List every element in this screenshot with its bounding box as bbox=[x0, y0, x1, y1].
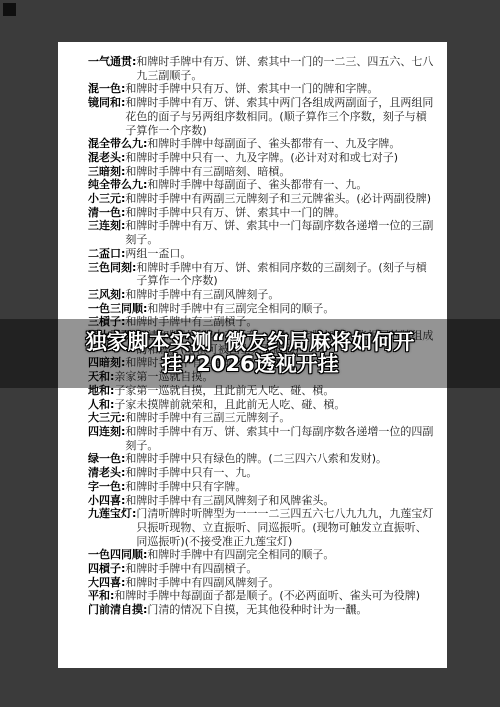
yaku-label: 一色三同顺: bbox=[88, 302, 147, 316]
yaku-entry: 大四喜:和牌时手牌中有四副风牌刻子。 bbox=[88, 576, 437, 590]
yaku-desc: 门清听牌时听牌型为一一一二三四五六七八九九九，九莲宝灯只振听现物、立直振听、同巡… bbox=[136, 507, 437, 548]
yaku-label: 大四喜: bbox=[88, 576, 125, 590]
watermark-line-2: 挂”2026透视开挂 bbox=[161, 354, 338, 376]
yaku-entry: 平和:和牌时手牌中每副面子都是顺子。(不必两面听、雀头可为役牌) bbox=[88, 589, 437, 603]
yaku-label: 清一色: bbox=[88, 206, 125, 220]
yaku-label: 平和: bbox=[88, 589, 114, 603]
yaku-label: 一色四同顺: bbox=[88, 548, 147, 562]
yaku-label: 大三元: bbox=[88, 411, 125, 425]
yaku-desc: 和牌时手牌中只有字牌。 bbox=[125, 480, 437, 494]
yaku-desc: 和牌时手牌中只有一、九及字牌。(必计对对和或七对子) bbox=[125, 151, 437, 165]
yaku-label: 一气通贯: bbox=[88, 55, 136, 82]
yaku-desc: 两组一盃口。 bbox=[125, 247, 437, 261]
yaku-desc: 和牌时手牌中只有万、饼、索其中一门的牌。 bbox=[125, 206, 437, 220]
yaku-entry: 九莲宝灯:门清听牌时听牌型为一一一二三四五六七八九九九，九莲宝灯只振听现物、立直… bbox=[88, 507, 437, 548]
yaku-label: 混老头: bbox=[88, 151, 125, 165]
yaku-entry: 三色同刻:和牌时手牌中有万、饼、索相同序数的三副刻子。(刻子与槓子算作一个序数) bbox=[88, 261, 437, 288]
yaku-label: 九莲宝灯: bbox=[88, 507, 136, 548]
yaku-label: 三色同刻: bbox=[88, 261, 136, 288]
yaku-entry: 人和:子家未摸牌前就荣和，且此前无人吃、碰、槓。 bbox=[88, 398, 437, 412]
yaku-desc: 和牌时手牌中有三副三元牌刻子。 bbox=[125, 411, 437, 425]
yaku-label: 四连刻: bbox=[88, 425, 125, 452]
yaku-desc: 和牌时手牌中只有绿色的牌。(二三四六八索和发财)。 bbox=[125, 452, 437, 466]
yaku-desc: 和牌时手牌中有三副风牌刻子。 bbox=[125, 288, 437, 302]
yaku-entry: 混全带么九:和牌时手牌中每副面子、雀头都带有一、九及字牌。 bbox=[88, 137, 437, 151]
yaku-entry: 混老头:和牌时手牌中只有一、九及字牌。(必计对对和或七对子) bbox=[88, 151, 437, 165]
corner-mark bbox=[3, 3, 16, 16]
yaku-entry: 一气通贯:和牌时手牌中有万、饼、索其中一门的一二三、四五六、七八九三副顺子。 bbox=[88, 55, 437, 82]
yaku-label: 混全带么九: bbox=[88, 137, 147, 151]
yaku-label: 绿一色: bbox=[88, 452, 125, 466]
yaku-label: 三风刻: bbox=[88, 288, 125, 302]
yaku-desc: 和牌时手牌中每副面子都是顺子。(不必两面听、雀头可为役牌) bbox=[114, 589, 437, 603]
yaku-desc: 门清的情况下自摸，无其他役种时计为一飜。 bbox=[147, 603, 437, 617]
yaku-label: 镜同和: bbox=[88, 96, 125, 137]
yaku-label: 小三元: bbox=[88, 192, 125, 206]
yaku-entry: 三连刻:和牌时手牌中有万、饼、索其中一门每副序数各递增一位的三副刻子。 bbox=[88, 219, 437, 246]
yaku-entry: 三暗刻:和牌时手牌中有三副暗刻、暗槓。 bbox=[88, 165, 437, 179]
yaku-entry: 大三元:和牌时手牌中有三副三元牌刻子。 bbox=[88, 411, 437, 425]
yaku-label: 二盃口: bbox=[88, 247, 125, 261]
yaku-label: 四槓子: bbox=[88, 562, 125, 576]
watermark-overlay: 独家脚本实测“微友约局麻将如何开 挂”2026透视开挂 bbox=[0, 319, 500, 388]
yaku-desc: 和牌时手牌中有三副风牌刻子和风牌雀头。 bbox=[125, 494, 437, 508]
yaku-entry: 混一色:和牌时手牌中只有万、饼、索其中一门的牌和字牌。 bbox=[88, 82, 437, 96]
yaku-label: 人和: bbox=[88, 398, 114, 412]
yaku-entry: 四槓子:和牌时手牌中有四副槓子。 bbox=[88, 562, 437, 576]
yaku-entry: 清一色:和牌时手牌中只有万、饼、索其中一门的牌。 bbox=[88, 206, 437, 220]
yaku-desc: 和牌时手牌中有四副风牌刻子。 bbox=[125, 576, 437, 590]
yaku-entry: 镜同和:和牌时手牌中有万、饼、索其中两门各组成两副面子，且两组同花色的面子与另两… bbox=[88, 96, 437, 137]
yaku-label: 三暗刻: bbox=[88, 165, 125, 179]
yaku-label: 门前清自摸: bbox=[88, 603, 147, 617]
yaku-desc: 和牌时手牌中有三副暗刻、暗槓。 bbox=[125, 165, 437, 179]
watermark-line-1: 独家脚本实测“微友约局麻将如何开 bbox=[86, 332, 415, 354]
yaku-label: 小四喜: bbox=[88, 494, 125, 508]
yaku-desc: 和牌时手牌中有两副三元牌刻子和三元牌雀头。(必计两副役牌) bbox=[125, 192, 437, 206]
yaku-desc: 和牌时手牌中有三副完全相同的顺子。 bbox=[147, 302, 437, 316]
yaku-desc: 子家未摸牌前就荣和，且此前无人吃、碰、槓。 bbox=[114, 398, 437, 412]
yaku-entry: 三风刻:和牌时手牌中有三副风牌刻子。 bbox=[88, 288, 437, 302]
yaku-label: 字一色: bbox=[88, 480, 125, 494]
yaku-label: 三连刻: bbox=[88, 219, 125, 246]
yaku-entry: 清老头:和牌时手牌中只有一、九。 bbox=[88, 466, 437, 480]
yaku-desc: 和牌时手牌中有四副完全相同的顺子。 bbox=[147, 548, 437, 562]
yaku-desc: 和牌时手牌中有万、饼、索其中两门各组成两副面子，且两组同花色的面子与另两组序数相… bbox=[125, 96, 437, 137]
yaku-entry: 纯全带么九:和牌时手牌中每副面子、雀头都带有一、九。 bbox=[88, 178, 437, 192]
yaku-desc: 和牌时手牌中每副面子、雀头都带有一、九及字牌。 bbox=[147, 137, 437, 151]
yaku-entry: 门前清自摸:门清的情况下自摸，无其他役种时计为一飜。 bbox=[88, 603, 437, 617]
yaku-entry: 二盃口:两组一盃口。 bbox=[88, 247, 437, 261]
yaku-desc: 和牌时手牌中有四副槓子。 bbox=[125, 562, 437, 576]
yaku-desc: 和牌时手牌中只有万、饼、索其中一门的牌和字牌。 bbox=[125, 82, 437, 96]
yaku-desc: 和牌时手牌中有万、饼、索其中一门每副序数各递增一位的四副刻子。 bbox=[125, 425, 437, 452]
yaku-entry: 一色三同顺:和牌时手牌中有三副完全相同的顺子。 bbox=[88, 302, 437, 316]
yaku-entry: 四连刻:和牌时手牌中有万、饼、索其中一门每副序数各递增一位的四副刻子。 bbox=[88, 425, 437, 452]
yaku-desc: 和牌时手牌中每副面子、雀头都带有一、九。 bbox=[147, 178, 437, 192]
yaku-label: 清老头: bbox=[88, 466, 125, 480]
yaku-desc: 和牌时手牌中有万、饼、索相同序数的三副刻子。(刻子与槓子算作一个序数) bbox=[136, 261, 437, 288]
yaku-entry: 小四喜:和牌时手牌中有三副风牌刻子和风牌雀头。 bbox=[88, 494, 437, 508]
yaku-label: 混一色: bbox=[88, 82, 125, 96]
yaku-desc: 和牌时手牌中有万、饼、索其中一门每副序数各递增一位的三副刻子。 bbox=[125, 219, 437, 246]
yaku-entry: 小三元:和牌时手牌中有两副三元牌刻子和三元牌雀头。(必计两副役牌) bbox=[88, 192, 437, 206]
yaku-desc: 和牌时手牌中只有一、九。 bbox=[125, 466, 437, 480]
yaku-entry: 绿一色:和牌时手牌中只有绿色的牌。(二三四六八索和发财)。 bbox=[88, 452, 437, 466]
yaku-entry: 一色四同顺:和牌时手牌中有四副完全相同的顺子。 bbox=[88, 548, 437, 562]
yaku-entry: 字一色:和牌时手牌中只有字牌。 bbox=[88, 480, 437, 494]
yaku-desc: 和牌时手牌中有万、饼、索其中一门的一二三、四五六、七八九三副顺子。 bbox=[136, 55, 437, 82]
yaku-label: 纯全带么九: bbox=[88, 178, 147, 192]
